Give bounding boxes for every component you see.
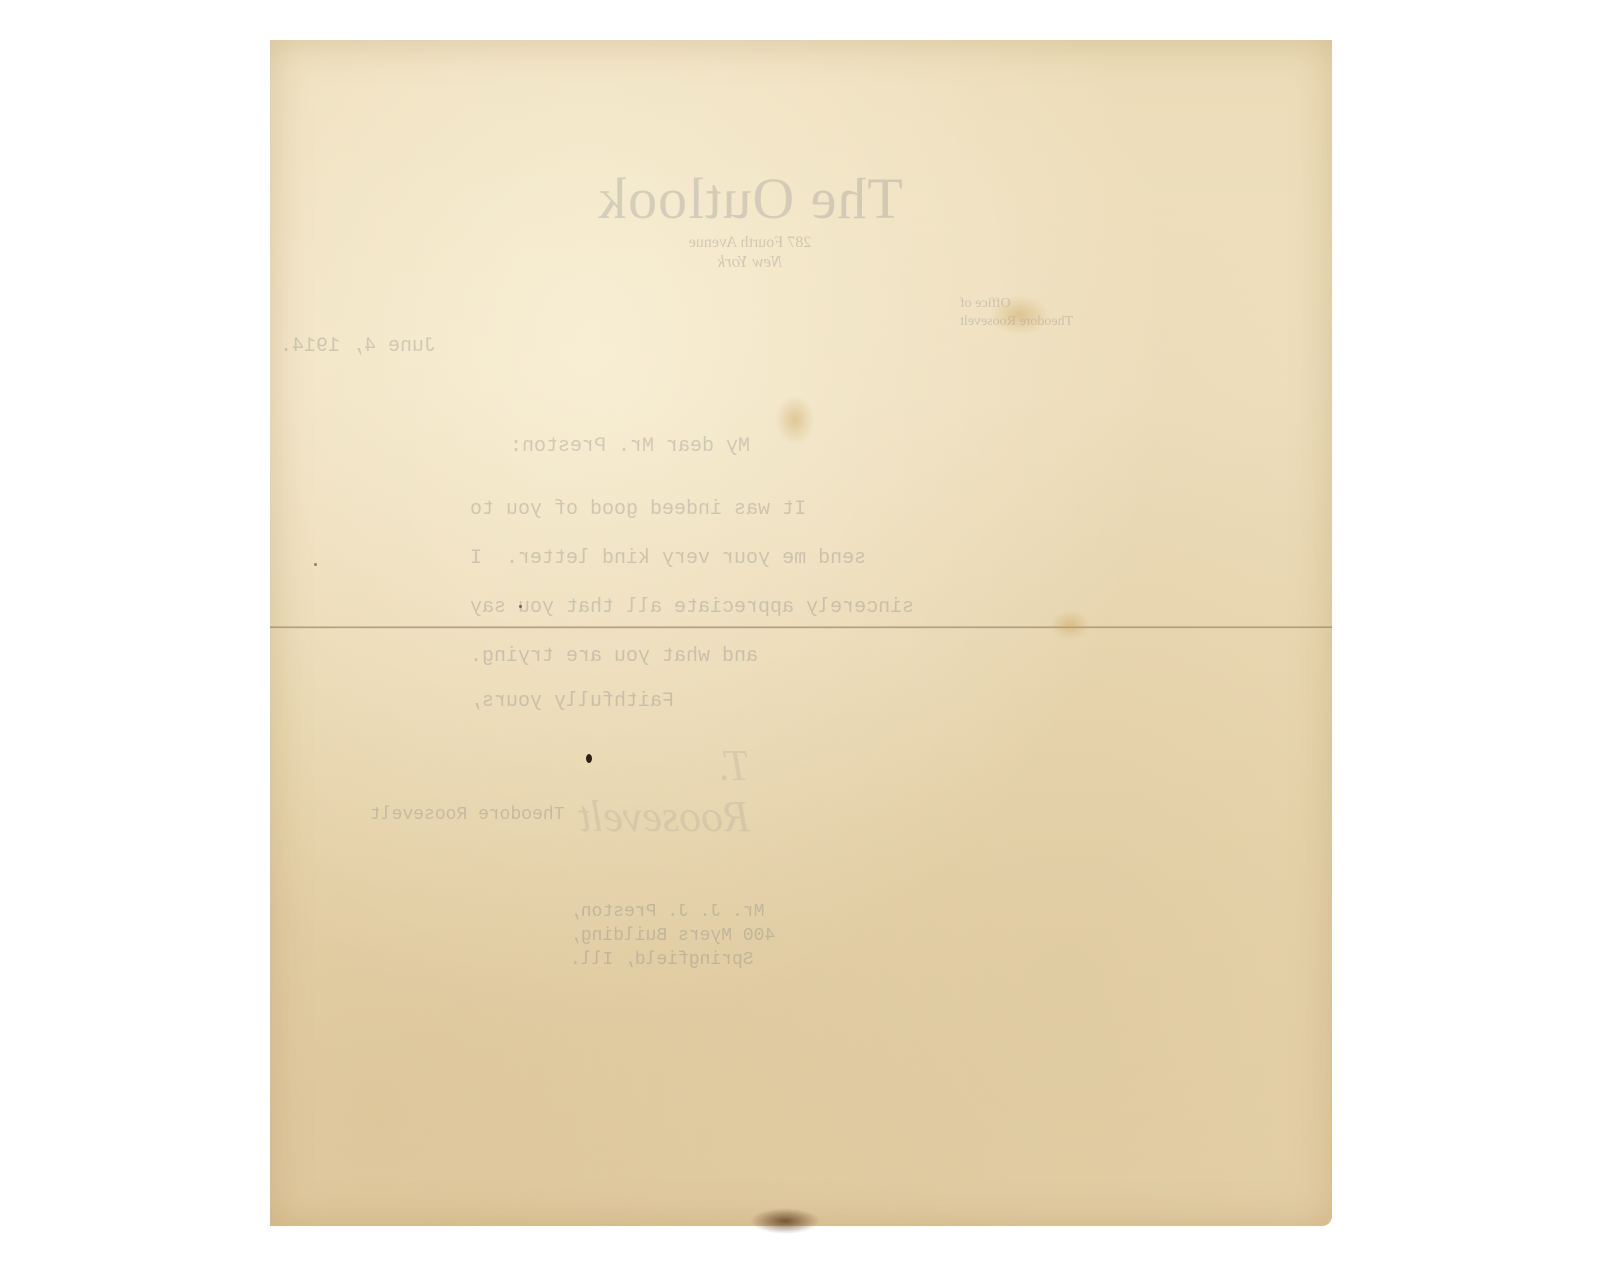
letter-body: It was indeed good of you to send me you… (470, 485, 990, 681)
closing: Faithfully yours, (470, 690, 850, 713)
ink-spot (314, 563, 317, 566)
foxing-spot (775, 395, 815, 445)
letterhead-address: 287 Fourth Avenue (570, 234, 930, 252)
foxing-spot (1050, 610, 1090, 640)
salutation: My dear Mr. Preston: (510, 435, 820, 458)
ink-spot (519, 605, 522, 608)
letterhead-title: The Outlook (570, 165, 930, 232)
letterhead: The Outlook 287 Fourth Avenue New York (570, 165, 930, 272)
foxing-spot (990, 295, 1050, 335)
ink-spot (586, 754, 592, 763)
photo-background: The Outlook 287 Fourth Avenue New York O… (0, 0, 1600, 1280)
recipient-address: Mr. J. J. Preston, 400 Myers Building, S… (570, 900, 900, 972)
letter-paper: The Outlook 287 Fourth Avenue New York O… (270, 40, 1332, 1226)
signature: T. Roosevelt (550, 740, 750, 842)
signature-typed: Theodore Roosevelt (370, 805, 670, 825)
bottom-stain (750, 1208, 820, 1234)
letter-date: June 4, 1914. (280, 335, 680, 358)
letterhead-city: New York (570, 252, 930, 272)
